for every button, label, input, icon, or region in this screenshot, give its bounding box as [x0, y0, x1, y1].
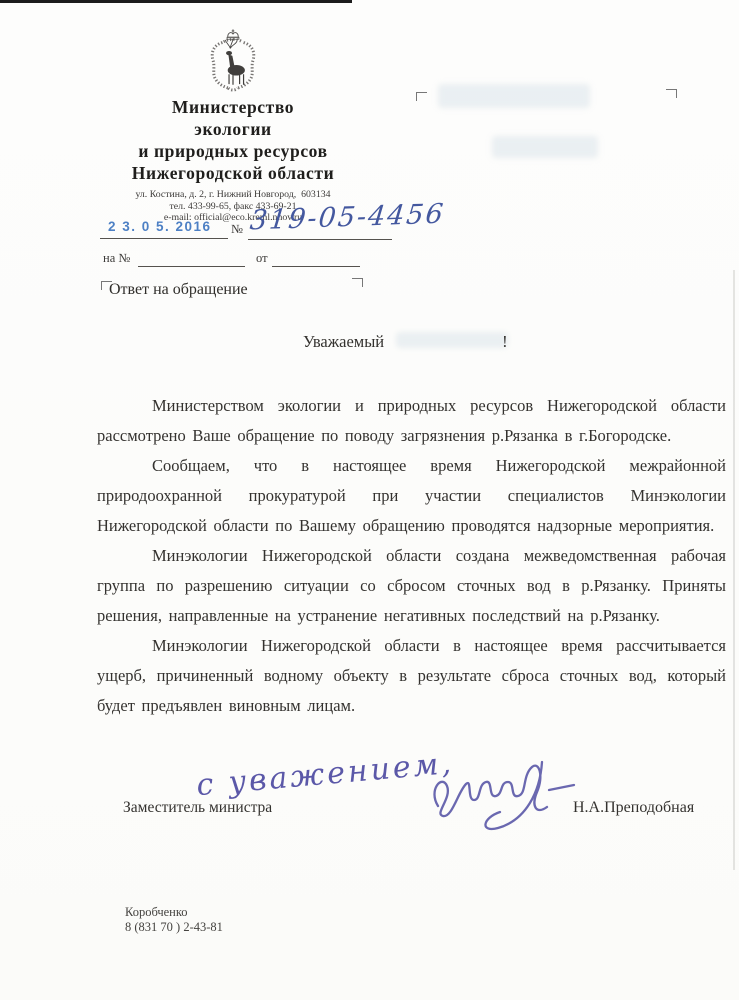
outgoing-date-stamp: 2 3. 0 5. 2016: [108, 219, 212, 234]
body-paragraph: Сообщаем, что в настоящее время Нижегоро…: [97, 451, 726, 541]
scan-edge-artifact: [0, 0, 352, 3]
executor-phone: 8 (831 70 ) 2-43-81: [125, 920, 223, 935]
coat-of-arms-deer-icon: [206, 28, 260, 94]
salutation-suffix: !: [502, 332, 508, 352]
executor-block: Коробченко 8 (831 70 ) 2-43-81: [125, 905, 223, 935]
subject-line: Ответ на обращение: [109, 281, 248, 299]
org-name-line: экологии: [55, 118, 411, 140]
date-underline: [100, 238, 228, 239]
salutation-line: Уважаемый !: [303, 332, 508, 352]
executor-name: Коробченко: [125, 905, 223, 920]
handwritten-signature: [418, 748, 576, 836]
reply-to-number-underline: [138, 266, 245, 267]
org-name-line: Министерство: [55, 96, 411, 118]
body-paragraph: Минэкологии Нижегородской области в наст…: [97, 631, 726, 721]
scan-vertical-line-artifact: [733, 270, 735, 870]
outgoing-number-handwritten: 319-05-4456: [248, 199, 446, 237]
signer-position: Заместитель министра: [123, 799, 272, 817]
redacted-recipient-smudge: [492, 136, 598, 158]
signer-name: Н.А.Преподобная: [573, 799, 694, 817]
address-zone-corner-mark: [416, 92, 427, 101]
org-name-line: Нижегородской области: [55, 162, 411, 184]
reply-to-number-label: на №: [103, 251, 130, 266]
number-underline: [248, 239, 392, 240]
outgoing-number-label: №: [231, 222, 243, 237]
org-name-line: и природных ресурсов: [55, 140, 411, 162]
scanned-letter-page: Министерство экологии и природных ресурс…: [0, 0, 739, 1000]
reply-from-date-label: от: [256, 251, 268, 266]
address-zone-corner-mark: [666, 89, 677, 98]
reply-from-date-underline: [272, 266, 360, 267]
redacted-recipient-smudge: [438, 84, 590, 108]
salutation-prefix: Уважаемый: [303, 332, 384, 352]
body-paragraph: Министерством экологии и природных ресур…: [97, 391, 726, 451]
handwritten-closing: с уважением,: [195, 746, 455, 803]
letterhead: Министерство экологии и природных ресурс…: [55, 28, 411, 224]
subject-zone-corner-mark: [352, 278, 363, 287]
org-address: ул. Костина, д. 2, г. Нижний Новгород, 6…: [55, 189, 411, 201]
body-paragraph: Минэкологии Нижегородской области создан…: [97, 541, 726, 631]
letter-body: Министерством экологии и природных ресур…: [97, 391, 726, 721]
